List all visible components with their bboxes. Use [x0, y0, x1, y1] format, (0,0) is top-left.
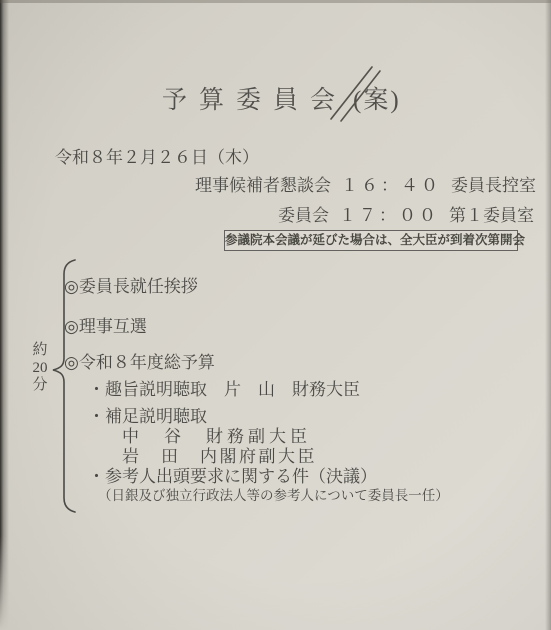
- strikethrough-marks: [325, 60, 385, 126]
- agenda-text: 委員長就任挨拶: [79, 277, 198, 296]
- duration-line2: 20: [26, 360, 54, 378]
- agenda-marker: ・: [88, 407, 105, 426]
- agenda-marker: ・: [88, 380, 105, 399]
- schedule-place: 委員長控室: [451, 176, 536, 195]
- paren-close: ): [390, 87, 400, 114]
- schedule-label: 委員会: [278, 206, 329, 225]
- agenda-text: 趣旨説明聴取 片 山 財務大臣: [105, 380, 360, 399]
- agenda-text: 令和８年度総予算: [79, 353, 215, 372]
- agenda-marker: ◎: [64, 353, 79, 372]
- paper-top-edge-shadow: [0, 0, 551, 3]
- agenda-item-budget: ◎令和８年度総予算: [64, 348, 215, 373]
- agenda-note-boj: （日銀及び独立行政法人等の参考人について委員長一任）: [98, 484, 449, 504]
- schedule-row-kondankai: 理事候補者懇談会１６：４０委員長控室: [195, 171, 536, 196]
- notice-box: 参議院本会議が延びた場合は、全大臣が到着次第開会: [224, 230, 518, 251]
- agenda-subitem-purpose: ・趣旨説明聴取 片 山 財務大臣: [88, 375, 360, 400]
- agenda-item-greeting: ◎委員長就任挨拶: [64, 272, 198, 297]
- agenda-item-directors: ◎理事互選: [64, 312, 147, 337]
- agenda-marker: ◎: [64, 317, 79, 336]
- schedule-row-iinkai: 委員会１７：００第１委員室: [278, 201, 534, 226]
- agenda-marker: ◎: [64, 277, 79, 296]
- duration-line1: 約: [26, 342, 54, 360]
- schedule-place: 第１委員室: [449, 206, 534, 225]
- document-title-text: 予算委員会: [162, 87, 347, 114]
- schedule-label: 理事候補者懇談会: [195, 176, 331, 195]
- duration-line3: 分: [26, 377, 54, 395]
- meeting-date: 令和８年２月２６日（木）: [55, 143, 259, 168]
- paper-right-edge-shadow: [545, 0, 551, 630]
- schedule-time: １７：００: [339, 206, 439, 225]
- paper-left-edge-shadow: [0, 0, 9, 630]
- agenda-text: 理事互選: [79, 317, 147, 336]
- agenda-text: （日銀及び独立行政法人等の参考人について委員長一任）: [98, 488, 449, 503]
- schedule-time: １６：４０: [341, 176, 441, 195]
- duration-label: 約 20 分: [26, 342, 54, 395]
